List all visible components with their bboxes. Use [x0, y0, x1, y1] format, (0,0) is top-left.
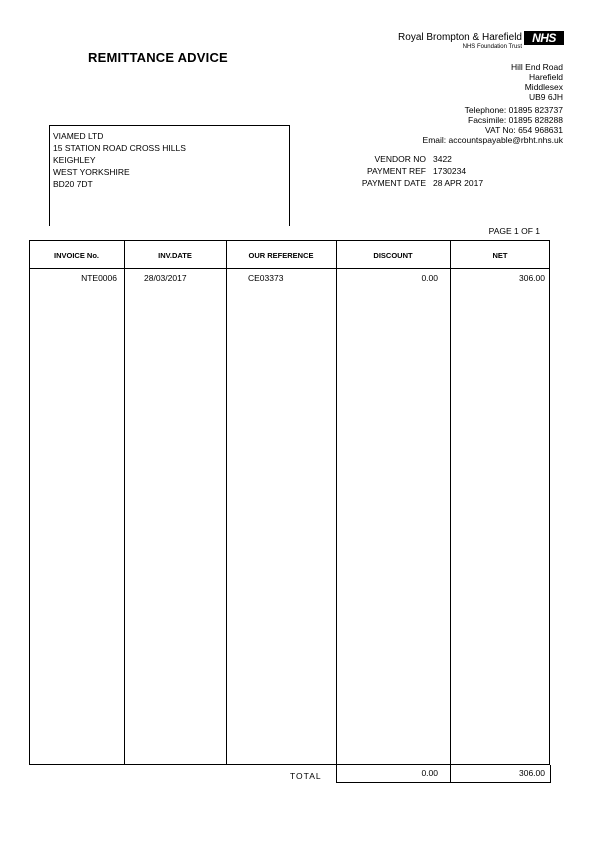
address-line: UB9 6JH [511, 92, 563, 102]
cell-net: 306.00 [450, 273, 545, 283]
payment-date-value: 28 APR 2017 [433, 177, 483, 189]
payment-date-label: PAYMENT DATE [340, 177, 426, 189]
invoice-table [29, 240, 550, 765]
col-header-invoice-no: INVOICE No. [29, 251, 124, 260]
col-header-discount: DISCOUNT [336, 251, 450, 260]
trust-name: Royal Brompton & Harefield [398, 32, 522, 43]
col-header-our-reference: OUR REFERENCE [226, 251, 336, 260]
cell-our-reference: CE03373 [248, 273, 283, 283]
col-header-inv-date: INV.DATE [124, 251, 226, 260]
total-discount: 0.00 [336, 768, 438, 778]
header-divider [29, 268, 550, 269]
column-divider [336, 240, 337, 765]
payment-labels: VENDOR NO PAYMENT REF PAYMENT DATE [340, 153, 426, 189]
vendor-no-label: VENDOR NO [340, 153, 426, 165]
column-divider [226, 240, 227, 765]
trust-contact: Telephone: 01895 823737 Facsimile: 01895… [423, 105, 563, 145]
vendor-address-line: 15 STATION ROAD CROSS HILLS [53, 142, 186, 154]
total-net: 306.00 [450, 768, 545, 778]
cell-invoice-no: NTE0006 [29, 273, 117, 283]
cell-discount: 0.00 [336, 273, 438, 283]
payment-ref-label: PAYMENT REF [340, 165, 426, 177]
vat-number: VAT No: 654 968631 [423, 125, 563, 135]
email: Email: accountspayable@rbht.nhs.uk [423, 135, 563, 145]
cell-inv-date: 28/03/2017 [144, 273, 187, 283]
document-title: REMITTANCE ADVICE [88, 50, 228, 65]
total-label: TOTAL [290, 771, 322, 781]
payment-ref-value: 1730234 [433, 165, 483, 177]
nhs-logo: NHS [524, 31, 564, 45]
vendor-address-line: KEIGHLEY [53, 154, 186, 166]
facsimile: Facsimile: 01895 828288 [423, 115, 563, 125]
address-line: Hill End Road [511, 62, 563, 72]
vendor-address-line: WEST YORKSHIRE [53, 166, 186, 178]
vendor-no-value: 3422 [433, 153, 483, 165]
trust-address: Hill End Road Harefield Middlesex UB9 6J… [511, 62, 563, 102]
page-indicator: PAGE 1 OF 1 [489, 226, 540, 236]
address-line: Harefield [511, 72, 563, 82]
column-divider [450, 240, 451, 765]
column-divider [124, 240, 125, 765]
vendor-address: VIAMED LTD 15 STATION ROAD CROSS HILLS K… [53, 130, 186, 190]
col-header-net: NET [450, 251, 550, 260]
vendor-name: VIAMED LTD [53, 130, 186, 142]
vendor-postcode: BD20 7DT [53, 178, 186, 190]
payment-values: 3422 1730234 28 APR 2017 [433, 153, 483, 189]
telephone: Telephone: 01895 823737 [423, 105, 563, 115]
trust-subtitle: NHS Foundation Trust [463, 44, 522, 50]
address-line: Middlesex [511, 82, 563, 92]
